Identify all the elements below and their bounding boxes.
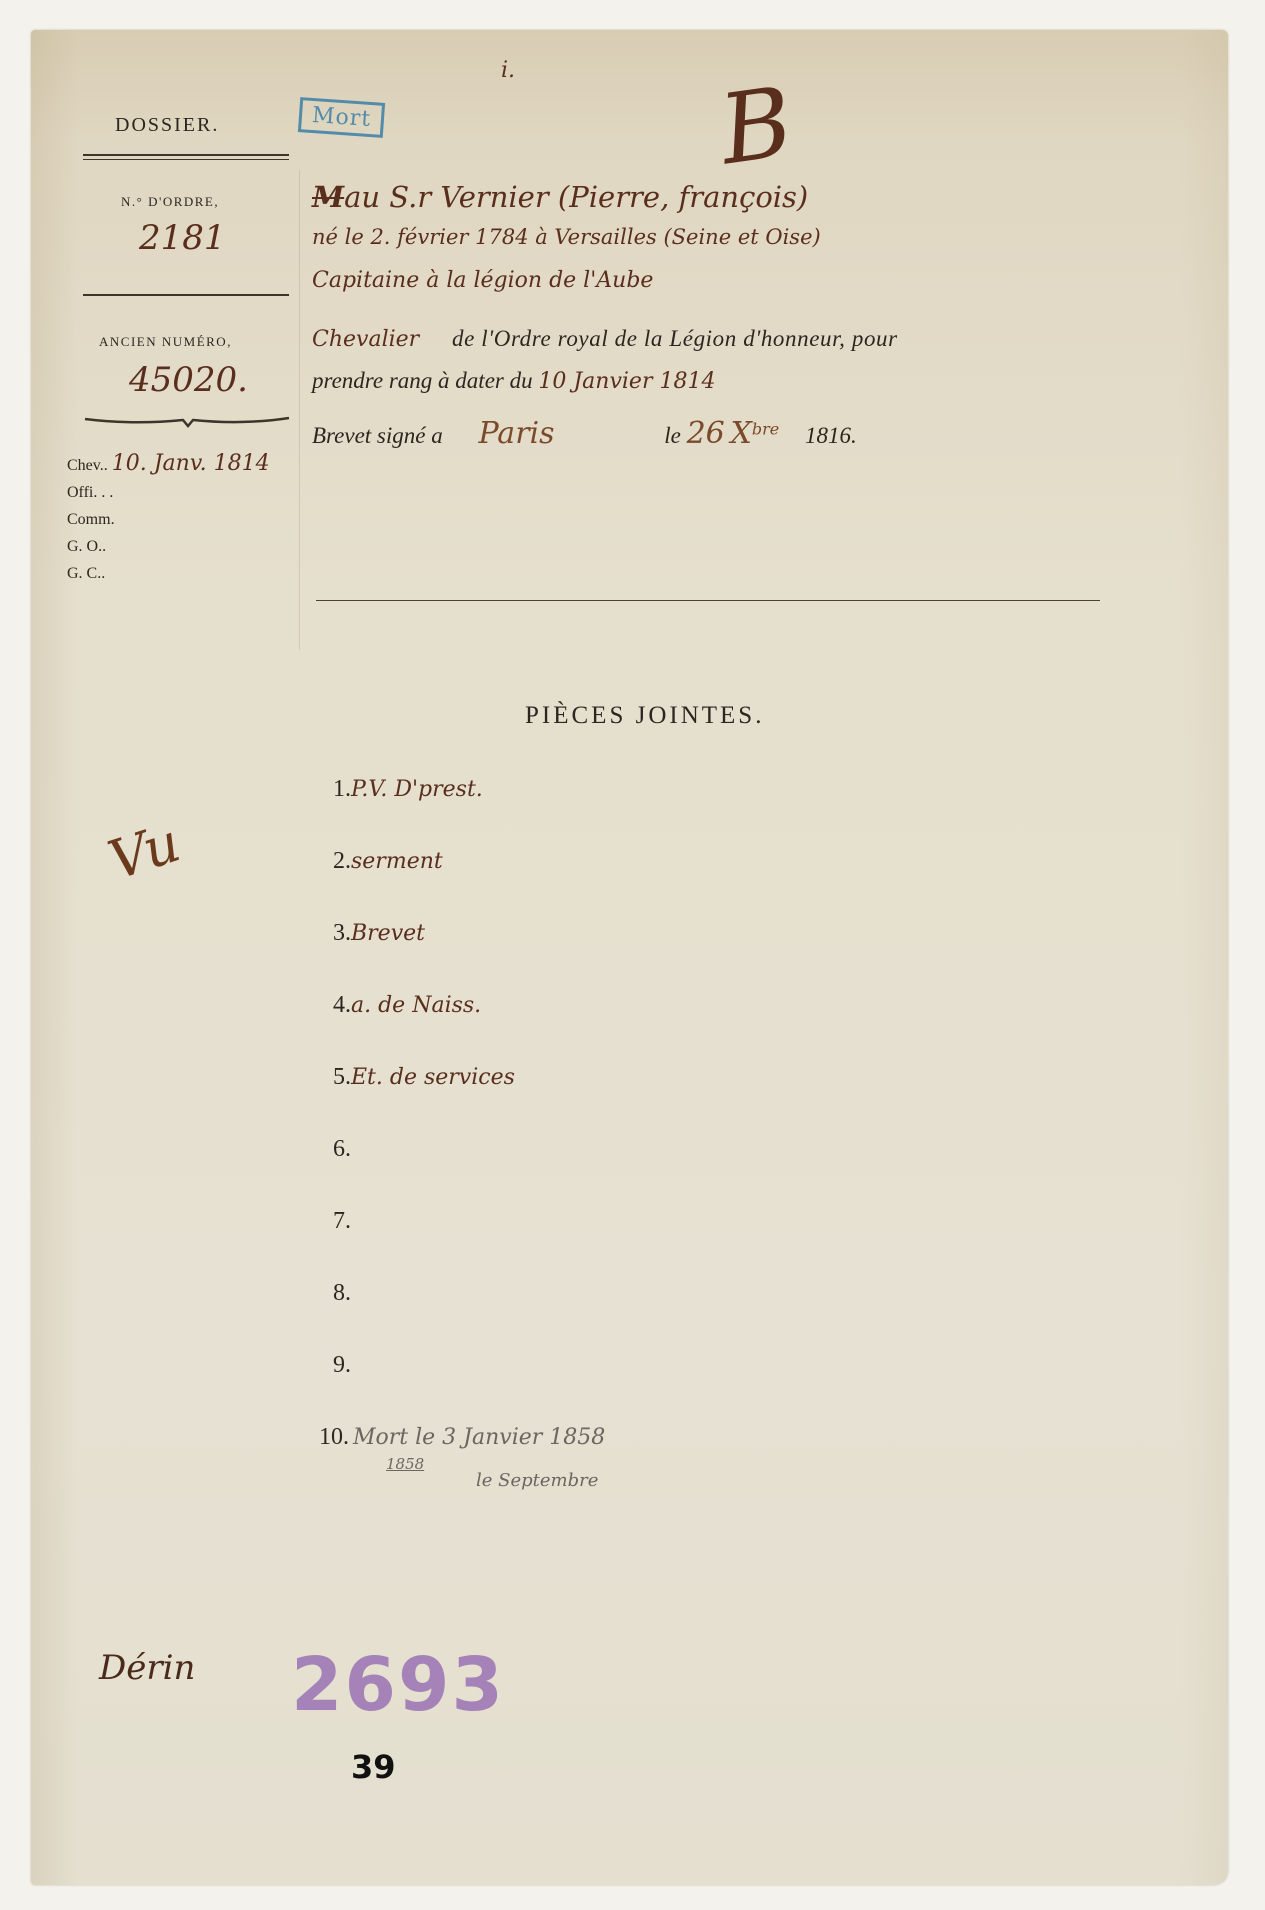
- grade-row: Chev.. 10. Janv. 1814: [67, 450, 270, 479]
- column-divider: [299, 170, 300, 650]
- inventory-stamp-number: 2693: [291, 1642, 505, 1728]
- brevet-place: Paris: [448, 416, 658, 451]
- name-line: Mau S.r Vernier (Pierre, françois): [312, 180, 808, 214]
- piece-number: 1.: [333, 776, 351, 802]
- rank-line: Capitaine à la légion de l'Aube: [312, 268, 653, 293]
- grade-row: G. O..: [67, 533, 270, 560]
- grade-value: 10. Janv. 1814: [112, 451, 270, 476]
- piece-value: Mort le 3 Janvier 1858: [353, 1425, 605, 1450]
- footer-signature: Dérin: [99, 1648, 195, 1688]
- section-divider: [316, 600, 1100, 601]
- rank-from-text: prendre rang à dater du: [312, 368, 533, 393]
- piece-value: a. de Naiss.: [351, 993, 481, 1018]
- pencil-note-year: 1858: [386, 1455, 424, 1473]
- brace-flourish: [83, 415, 293, 429]
- brevet-line: Brevet signé a Paris le 26 Xbre 1816.: [312, 416, 857, 451]
- struck-prefix: M: [312, 180, 344, 214]
- dossier-title: DOSSIER.: [115, 114, 219, 137]
- piece-row: 1.P.V. D'prest.: [333, 776, 605, 848]
- piece-row: 3.Brevet: [333, 920, 605, 992]
- grade-handwritten: Chevalier: [312, 327, 452, 352]
- piece-row: 9.: [333, 1352, 605, 1424]
- piece-number: 6.: [333, 1136, 351, 1162]
- dossier-sheet: i. B DOSSIER. Mort N.° D'ORDRE, 2181 ANC…: [31, 30, 1228, 1885]
- order-line: Chevalierde l'Ordre royal de la Légion d…: [312, 326, 1102, 352]
- old-number-label: ANCIEN NUMÉRO,: [99, 334, 232, 350]
- piece-number: 2.: [333, 848, 351, 874]
- piece-number: 8.: [333, 1280, 351, 1306]
- grade-label: Comm.: [67, 511, 115, 528]
- brevet-month-sup: bre: [752, 419, 779, 438]
- piece-row: 5.Et. de services: [333, 1064, 605, 1136]
- brevet-month: X: [731, 416, 752, 451]
- piece-number: 4.: [333, 992, 351, 1018]
- piece-row: 2.serment: [333, 848, 605, 920]
- grade-row: Comm.: [67, 506, 270, 533]
- birth-line: né le 2. février 1784 à Versailles (Sein…: [312, 225, 821, 249]
- title-double-rule: [83, 154, 289, 160]
- order-rule: [83, 294, 289, 296]
- piece-row: 8.: [333, 1280, 605, 1352]
- piece-number: 5.: [333, 1064, 351, 1090]
- piece-number: 3.: [333, 920, 351, 946]
- piece-value: Et. de services: [351, 1065, 515, 1090]
- rank-from-date: 10 Janvier 1814: [538, 369, 715, 394]
- pieces-title: PIÈCES JOINTES.: [525, 702, 764, 730]
- rank-from-line: prendre rang à dater du 10 Janvier 1814: [312, 368, 715, 394]
- grade-row: Offi. . .: [67, 479, 270, 506]
- brevet-year: 1816.: [805, 423, 857, 448]
- piece-row: 4.a. de Naiss.: [333, 992, 605, 1064]
- piece-number: 9.: [333, 1352, 351, 1378]
- brevet-le: le: [664, 423, 681, 448]
- brevet-day: 26: [687, 416, 725, 451]
- pencil-note-month: le Septembre: [476, 1470, 598, 1491]
- header-initial: B: [714, 66, 799, 187]
- piece-row: 10. Mort le 3 Janvier 1858: [319, 1424, 605, 1451]
- piece-row: 7.: [333, 1208, 605, 1280]
- grade-label: Chev..: [67, 457, 108, 474]
- folio-number: 39: [351, 1748, 396, 1786]
- grade-label: G. C..: [67, 565, 105, 582]
- brevet-label: Brevet signé a: [312, 423, 443, 448]
- pieces-list: 1.P.V. D'prest. 2.serment 3.Brevet 4.a. …: [333, 776, 605, 1451]
- mort-stamp: Mort: [298, 97, 385, 138]
- piece-value: P.V. D'prest.: [351, 777, 483, 802]
- recipient-name: au S.r Vernier (Pierre, françois): [344, 180, 808, 214]
- order-number-label: N.° D'ORDRE,: [121, 194, 219, 210]
- grade-label: Offi. . .: [67, 484, 113, 501]
- piece-value: serment: [351, 849, 443, 874]
- order-number-value: 2181: [139, 218, 226, 258]
- grade-row: G. C..: [67, 560, 270, 587]
- piece-number: 10.: [319, 1424, 349, 1450]
- margin-paraph: Vu: [101, 811, 187, 893]
- old-number-value: 45020.: [129, 360, 248, 400]
- piece-value: Brevet: [351, 921, 425, 946]
- grade-label: G. O..: [67, 538, 106, 555]
- piece-row: 6.: [333, 1136, 605, 1208]
- top-mark: i.: [501, 58, 515, 83]
- piece-number: 7.: [333, 1208, 351, 1234]
- grades-list: Chev.. 10. Janv. 1814 Offi. . . Comm. G.…: [67, 450, 270, 587]
- order-text: de l'Ordre royal de la Légion d'honneur,…: [452, 326, 898, 351]
